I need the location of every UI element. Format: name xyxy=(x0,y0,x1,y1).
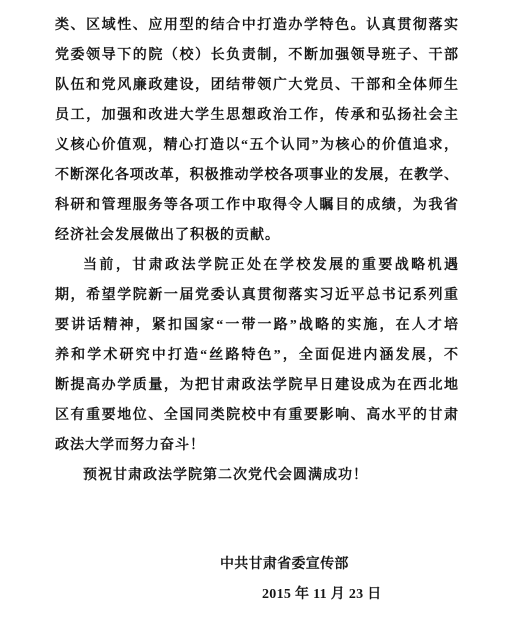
document-line: 队伍和党风廉政建设，团结带领广大党员、干部和全体师生 xyxy=(55,71,458,101)
document-line: 类、区域性、应用型的结合中打造办学特色。认真贯彻落实 xyxy=(55,11,458,41)
document-line: 科研和管理服务等各项工作中取得令人瞩目的成绩，为我省 xyxy=(55,191,458,221)
document-line: 不断深化各项改革，积极推动学校各项事业的发展，在教学、 xyxy=(55,161,458,191)
document-line: 区有重要地位、全国同类院校中有重要影响、高水平的甘肃 xyxy=(55,401,458,431)
document-line: 当前，甘肃政法学院正处在学校发展的重要战略机遇 xyxy=(55,251,458,281)
document-line: 养和学术研究中打造“丝路特色”，全面促进内涵发展，不 xyxy=(55,341,458,371)
signature-date: 2015 年 11 月 23 日 xyxy=(262,580,382,610)
letter-body: 类、区域性、应用型的结合中打造办学特色。认真贯彻落实 党委领导下的院（校）长负责… xyxy=(55,11,458,491)
document-line: 党委领导下的院（校）长负责制，不断加强领导班子、干部 xyxy=(55,41,458,71)
document-page: 类、区域性、应用型的结合中打造办学特色。认真贯彻落实 党委领导下的院（校）长负责… xyxy=(0,0,512,624)
document-line: 期，希望学院新一届党委认真贯彻落实习近平总书记系列重 xyxy=(55,281,458,311)
document-line: 义核心价值观，精心打造以“五个认同”为核心的价值追求， xyxy=(55,131,458,161)
signature-org: 中共甘肃省委宣传部 xyxy=(220,550,349,580)
document-line: 员工，加强和改进大学生思想政治工作，传承和弘扬社会主 xyxy=(55,101,458,131)
document-line: 要讲话精神，紧扣国家“一带一路”战略的实施，在人才培 xyxy=(55,311,458,341)
document-line: 经济社会发展做出了积极的贡献。 xyxy=(55,221,458,251)
document-line: 断提高办学质量，为把甘肃政法学院早日建设成为在西北地 xyxy=(55,371,458,401)
document-line: 政法大学而努力奋斗！ xyxy=(55,431,458,461)
document-line: 预祝甘肃政法学院第二次党代会圆满成功！ xyxy=(55,461,458,491)
